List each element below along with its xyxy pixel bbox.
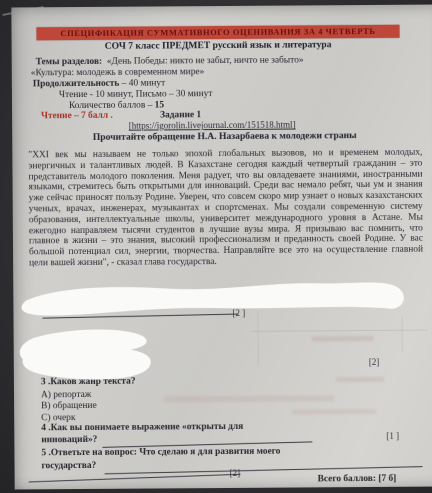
- total-score-line: Всего баллов: [7 б]: [318, 474, 397, 486]
- bleed-through-mark: [164, 395, 334, 402]
- q3-option-b: В) обращение: [41, 401, 97, 412]
- bleed-through-mark: [401, 317, 402, 353]
- spec-title-banner: СПЕЦИФИКАЦИЯ СУММАТИВНОГО ОЦЕНИВАНИЯ ЗА …: [36, 25, 399, 41]
- paper-sheet: СПЕЦИФИКАЦИЯ СУММАТИВНОГО ОЦЕНИВАНИЯ ЗА …: [11, 5, 432, 490]
- instruction-line: Прочитайте обращение Н.А. Назарбаева к м…: [12, 130, 432, 144]
- topic-1-text: «День Победы: никто не забыт, ничто не з…: [107, 55, 304, 66]
- score-mark-q5: [2]: [230, 468, 241, 478]
- q5-line-2: государства?: [41, 461, 96, 472]
- q5-line-1: 5 .Ответьте на вопрос: Что сделаю я для …: [41, 447, 280, 460]
- correction-fluid-blob-2: [15, 325, 167, 386]
- points-label: Количество баллов –: [69, 100, 155, 111]
- bleed-through-mark: [336, 377, 384, 382]
- bleed-through-mark: [257, 311, 258, 366]
- photo-background: СПЕЦИФИКАЦИЯ СУММАТИВНОГО ОЦЕНИВАНИЯ ЗА …: [0, 0, 432, 493]
- topics-line-1: Темы разделов: «День Победы: никто не за…: [36, 55, 304, 68]
- correction-fluid-blob-1: [14, 276, 408, 321]
- duration-line: Продолжительность – 40 минут: [33, 78, 165, 90]
- duration-label: Продолжительность: [33, 79, 120, 90]
- answer-line-q5b: [29, 474, 241, 483]
- bleed-through-mark: [312, 336, 374, 341]
- quote-paragraph: "XXI век мы называем не только эпохой гл…: [28, 148, 423, 287]
- subtitle-line: СОЧ 7 класс ПРЕДМЕТ русский язык и литер…: [37, 39, 400, 53]
- q4-line-2: инноваций»?: [41, 435, 97, 446]
- score-mark-q4: [1 ]: [386, 431, 399, 441]
- duration-value: – 40 минут: [122, 78, 166, 88]
- topics-line-2: «Культура: молодежь в современном мире»: [31, 67, 205, 79]
- score-mark-q2b: [2]: [369, 357, 380, 367]
- topics-label: Темы разделов:: [36, 57, 102, 67]
- points-value: 15: [155, 100, 164, 110]
- q4-line-1: 4 .Как вы понимаете выражение «открыты д…: [41, 422, 243, 434]
- bleed-through-mark: [292, 409, 376, 415]
- timing-line: Чтение - 10 минут, Письмо – 30 минут: [59, 89, 213, 101]
- q3-option-a: А) репортаж: [41, 390, 91, 401]
